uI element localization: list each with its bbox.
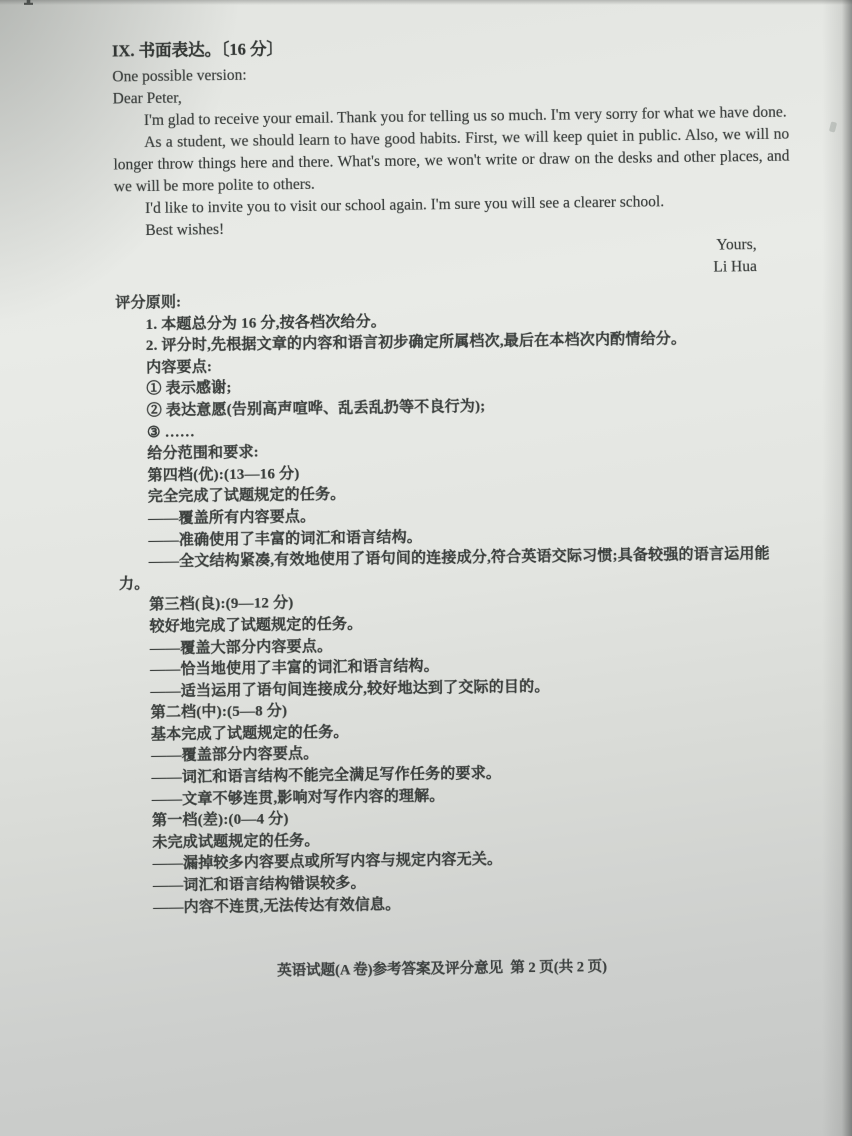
letter-paragraph-2: As a student, we should learn to have go… [113, 124, 790, 199]
page-footer: 英语试题(A 卷)参考答案及评分意见 第 2 页(共 2 页) [124, 955, 760, 983]
paper-smudge [829, 121, 837, 132]
page-content: IX. 书面表达。〔16 分〕 One possible version: De… [112, 30, 800, 984]
crop-mark [24, 0, 33, 7]
photographed-answer-sheet: IX. 书面表达。〔16 分〕 One possible version: De… [0, 0, 852, 1136]
scoring-section: 评分原则: 1. 本题总分为 16 分,按各档次给分。 2. 评分时,先根据文章… [115, 285, 799, 920]
